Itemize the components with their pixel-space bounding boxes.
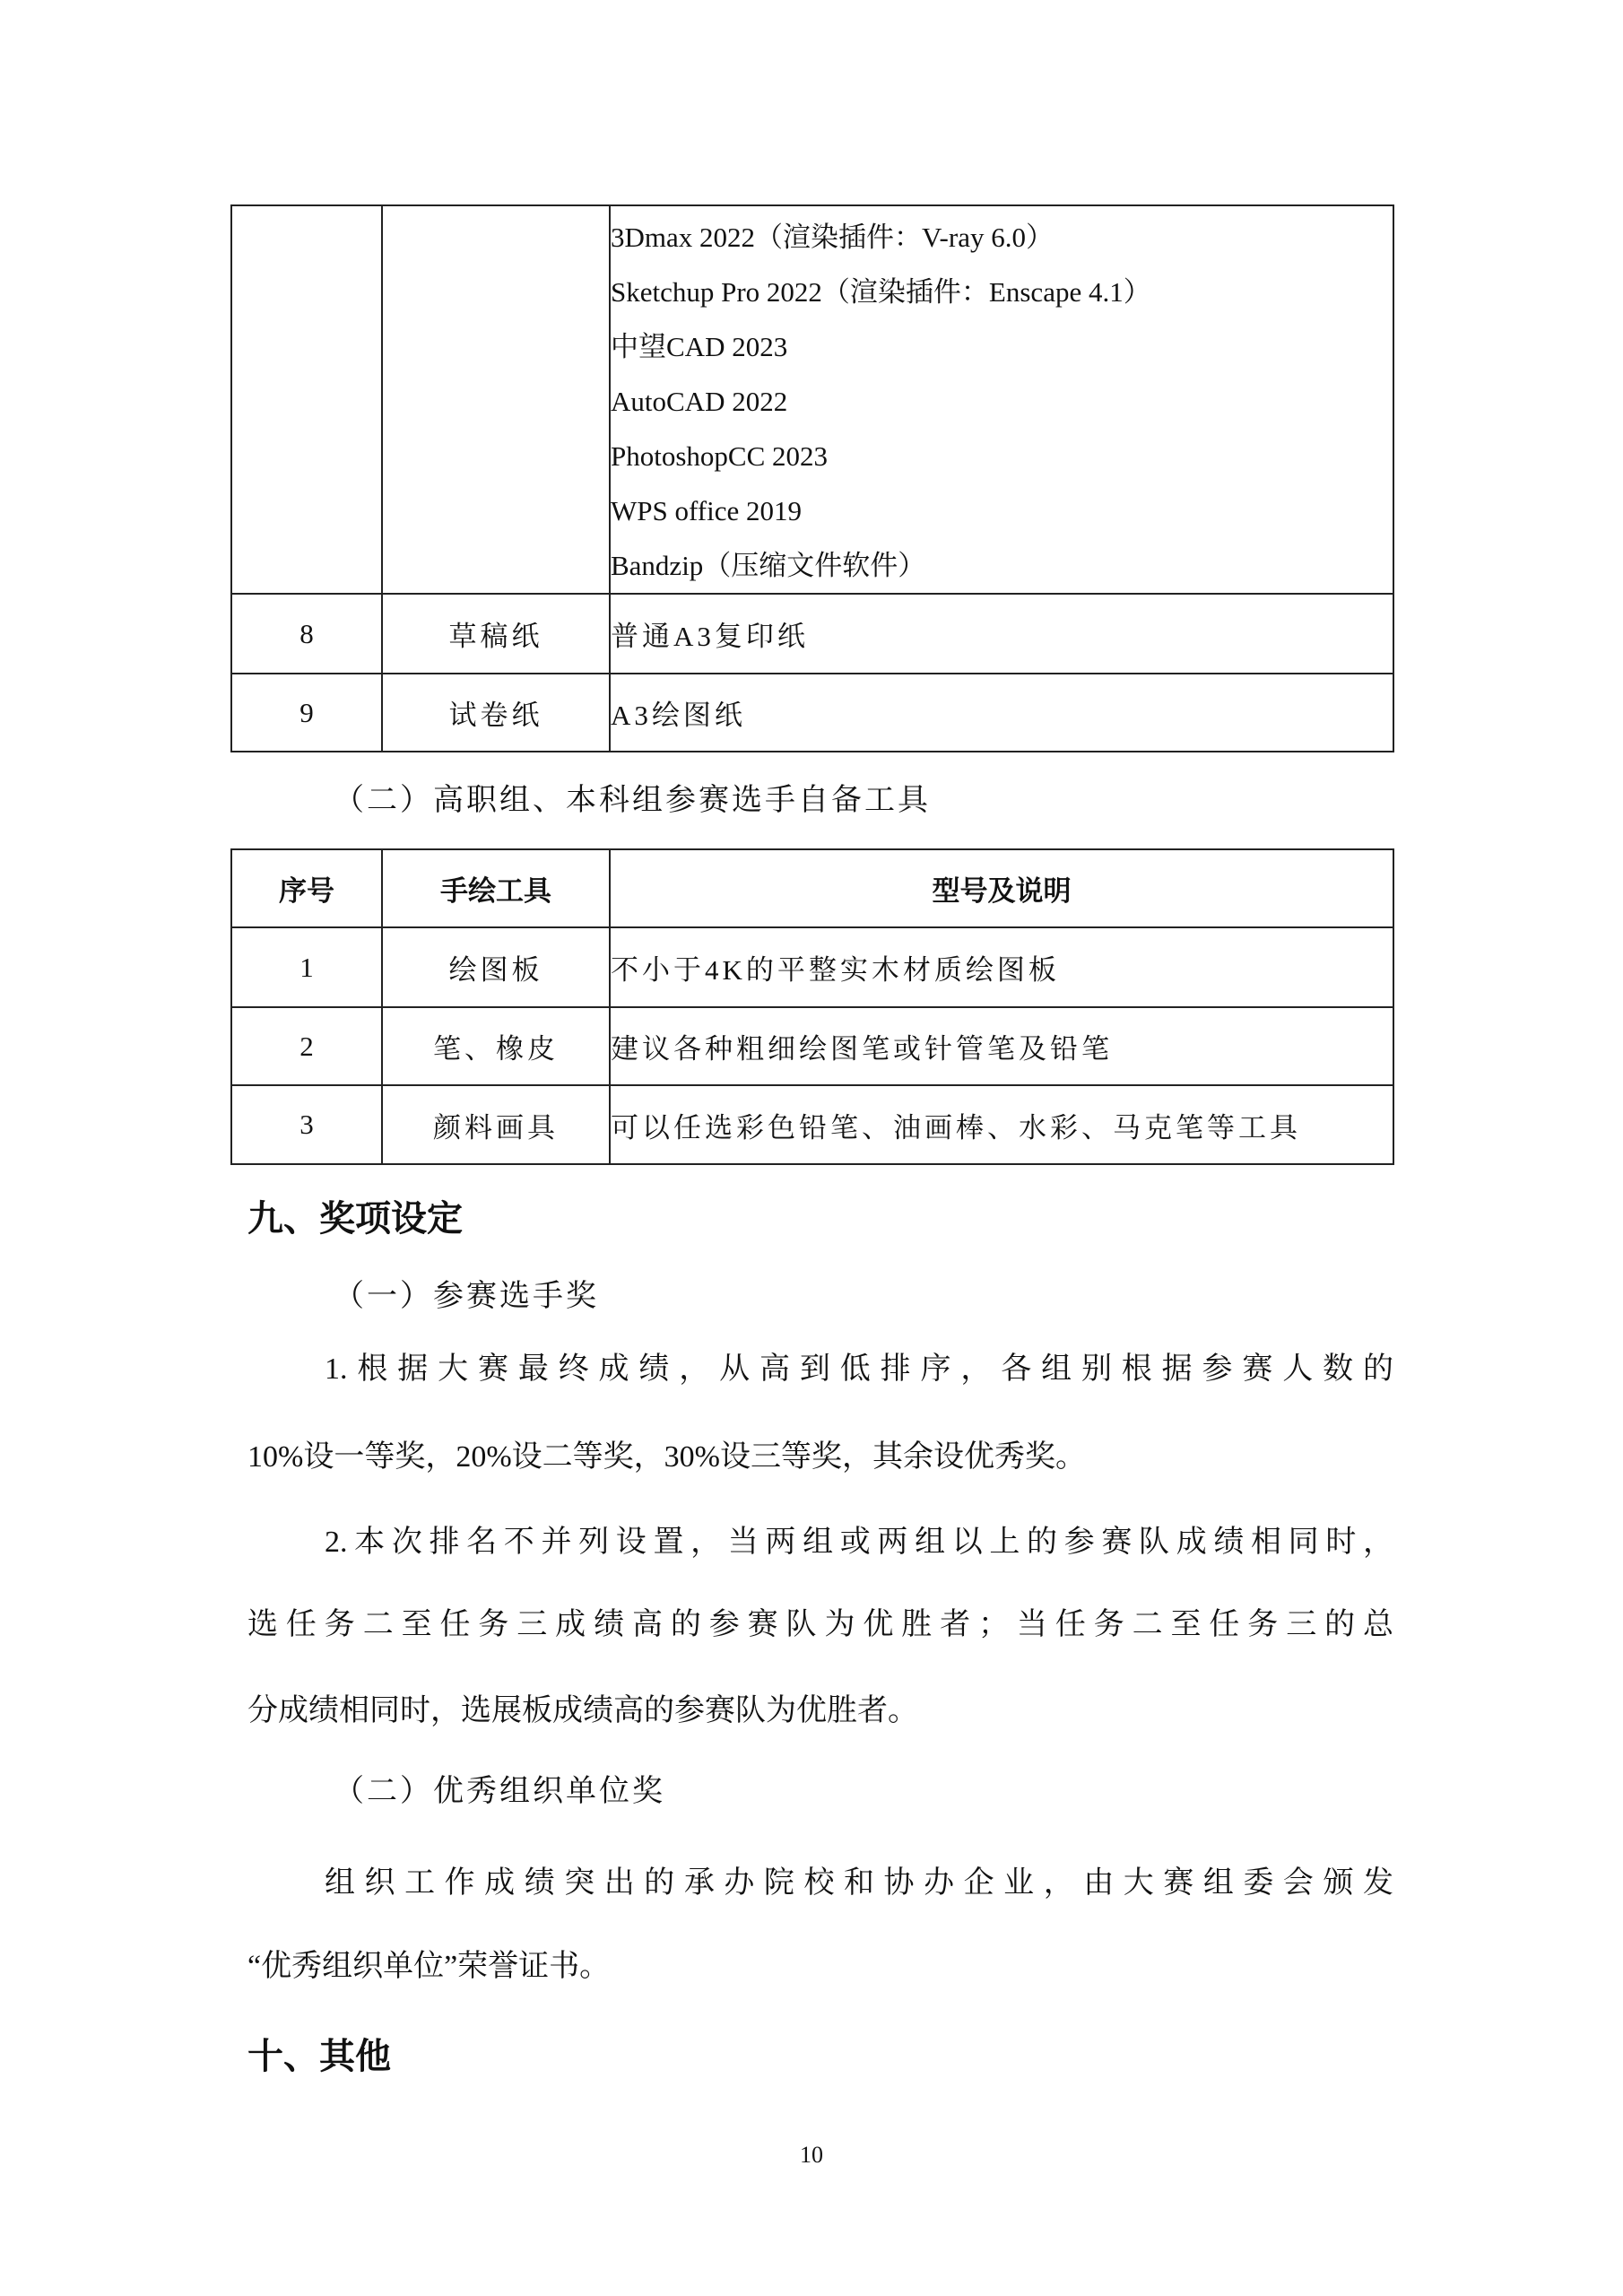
cell-desc: 建议各种粗细绘图笔或针管笔及铅笔 (610, 1007, 1393, 1085)
header-desc: 型号及说明 (610, 849, 1393, 927)
cell-desc: 普通A3复印纸 (610, 594, 1393, 674)
section-heading-other: 十、其他 (247, 2035, 391, 2078)
paragraph-ranking: 1.根据大赛最终成绩，从高到低排序，各组别根据参赛人数的 10%设一等奖，20%… (247, 1348, 1393, 1479)
subheading-contestant-awards: （一）参赛选手奖 (334, 1275, 599, 1318)
cell-no: 8 (231, 594, 382, 674)
software-item: Sketchup Pro 2022（渲染插件：Enscape 4.1） (611, 265, 1393, 319)
table-row: 2 笔、橡皮 建议各种粗细绘图笔或针管笔及铅笔 (231, 1007, 1393, 1085)
cell-desc: A3绘图纸 (610, 674, 1393, 752)
paragraph-line: 组织工作成绩突出的承办院校和协办企业，由大赛组委会颁发 (247, 1862, 1393, 1905)
section-heading-awards: 九、奖项设定 (247, 1197, 463, 1240)
paragraph-line: “优秀组织单位”荣誉证书。 (247, 1945, 1393, 1988)
software-item: AutoCAD 2022 (611, 374, 1393, 429)
paragraph-line: 分成绩相同时，选展板成绩高的参赛队为优胜者。 (247, 1690, 1393, 1733)
header-no: 序号 (231, 849, 382, 927)
table-header-row: 序号 手绘工具 型号及说明 (231, 849, 1393, 927)
software-item: WPS office 2019 (611, 483, 1393, 538)
cell-name (382, 205, 610, 594)
software-item: 3Dmax 2022（渲染插件：V-ray 6.0） (611, 210, 1393, 265)
section-subheading-tools: （二）高职组、本科组参赛选手自备工具 (334, 779, 931, 822)
software-item: 中望CAD 2023 (611, 319, 1393, 374)
page-number: 10 (0, 2142, 1623, 2169)
cell-name: 草稿纸 (382, 594, 610, 674)
paragraph-line: 2.本次排名不并列设置，当两组或两组以上的参赛队成绩相同时， (247, 1521, 1393, 1564)
cell-tool: 颜料画具 (382, 1085, 610, 1164)
cell-tool: 笔、橡皮 (382, 1007, 610, 1085)
paragraph-organization-award: 组织工作成绩突出的承办院校和协办企业，由大赛组委会颁发 “优秀组织单位”荣誉证书… (247, 1862, 1393, 1988)
cell-no: 1 (231, 927, 382, 1007)
paragraph-tiebreak: 2.本次排名不并列设置，当两组或两组以上的参赛队成绩相同时， 选任务二至任务三成… (247, 1521, 1393, 1733)
cell-name: 试卷纸 (382, 674, 610, 752)
paragraph-line: 1.根据大赛最终成绩，从高到低排序，各组别根据参赛人数的 (247, 1348, 1393, 1391)
table-row: 3 颜料画具 可以任选彩色铅笔、油画棒、水彩、马克笔等工具 (231, 1085, 1393, 1164)
cell-no: 3 (231, 1085, 382, 1164)
cell-desc: 不小于4K的平整实木材质绘图板 (610, 927, 1393, 1007)
software-item: PhotoshopCC 2023 (611, 429, 1393, 483)
cell-no: 9 (231, 674, 382, 752)
paragraph-line: 10%设一等奖，20%设二等奖，30%设三等奖，其余设优秀奖。 (247, 1436, 1393, 1479)
paragraph-line: 选任务二至任务三成绩高的参赛队为优胜者；当任务二至任务三的总 (247, 1604, 1393, 1647)
table-row: 9 试卷纸 A3绘图纸 (231, 674, 1393, 752)
cell-tool: 绘图板 (382, 927, 610, 1007)
table-row: 1 绘图板 不小于4K的平整实木材质绘图板 (231, 927, 1393, 1007)
cell-no: 2 (231, 1007, 382, 1085)
cell-software-list: 3Dmax 2022（渲染插件：V-ray 6.0） Sketchup Pro … (610, 205, 1393, 594)
table-row: 8 草稿纸 普通A3复印纸 (231, 594, 1393, 674)
header-tool: 手绘工具 (382, 849, 610, 927)
self-provided-tools-table: 序号 手绘工具 型号及说明 1 绘图板 不小于4K的平整实木材质绘图板 2 笔、… (230, 848, 1394, 1165)
cell-no (231, 205, 382, 594)
cell-desc: 可以任选彩色铅笔、油画棒、水彩、马克笔等工具 (610, 1085, 1393, 1164)
software-item: Bandzip（压缩文件软件） (611, 538, 1393, 593)
table-row-software: 3Dmax 2022（渲染插件：V-ray 6.0） Sketchup Pro … (231, 205, 1393, 594)
equipment-table: 3Dmax 2022（渲染插件：V-ray 6.0） Sketchup Pro … (230, 204, 1394, 752)
subheading-organization-award: （二）优秀组织单位奖 (334, 1770, 665, 1813)
